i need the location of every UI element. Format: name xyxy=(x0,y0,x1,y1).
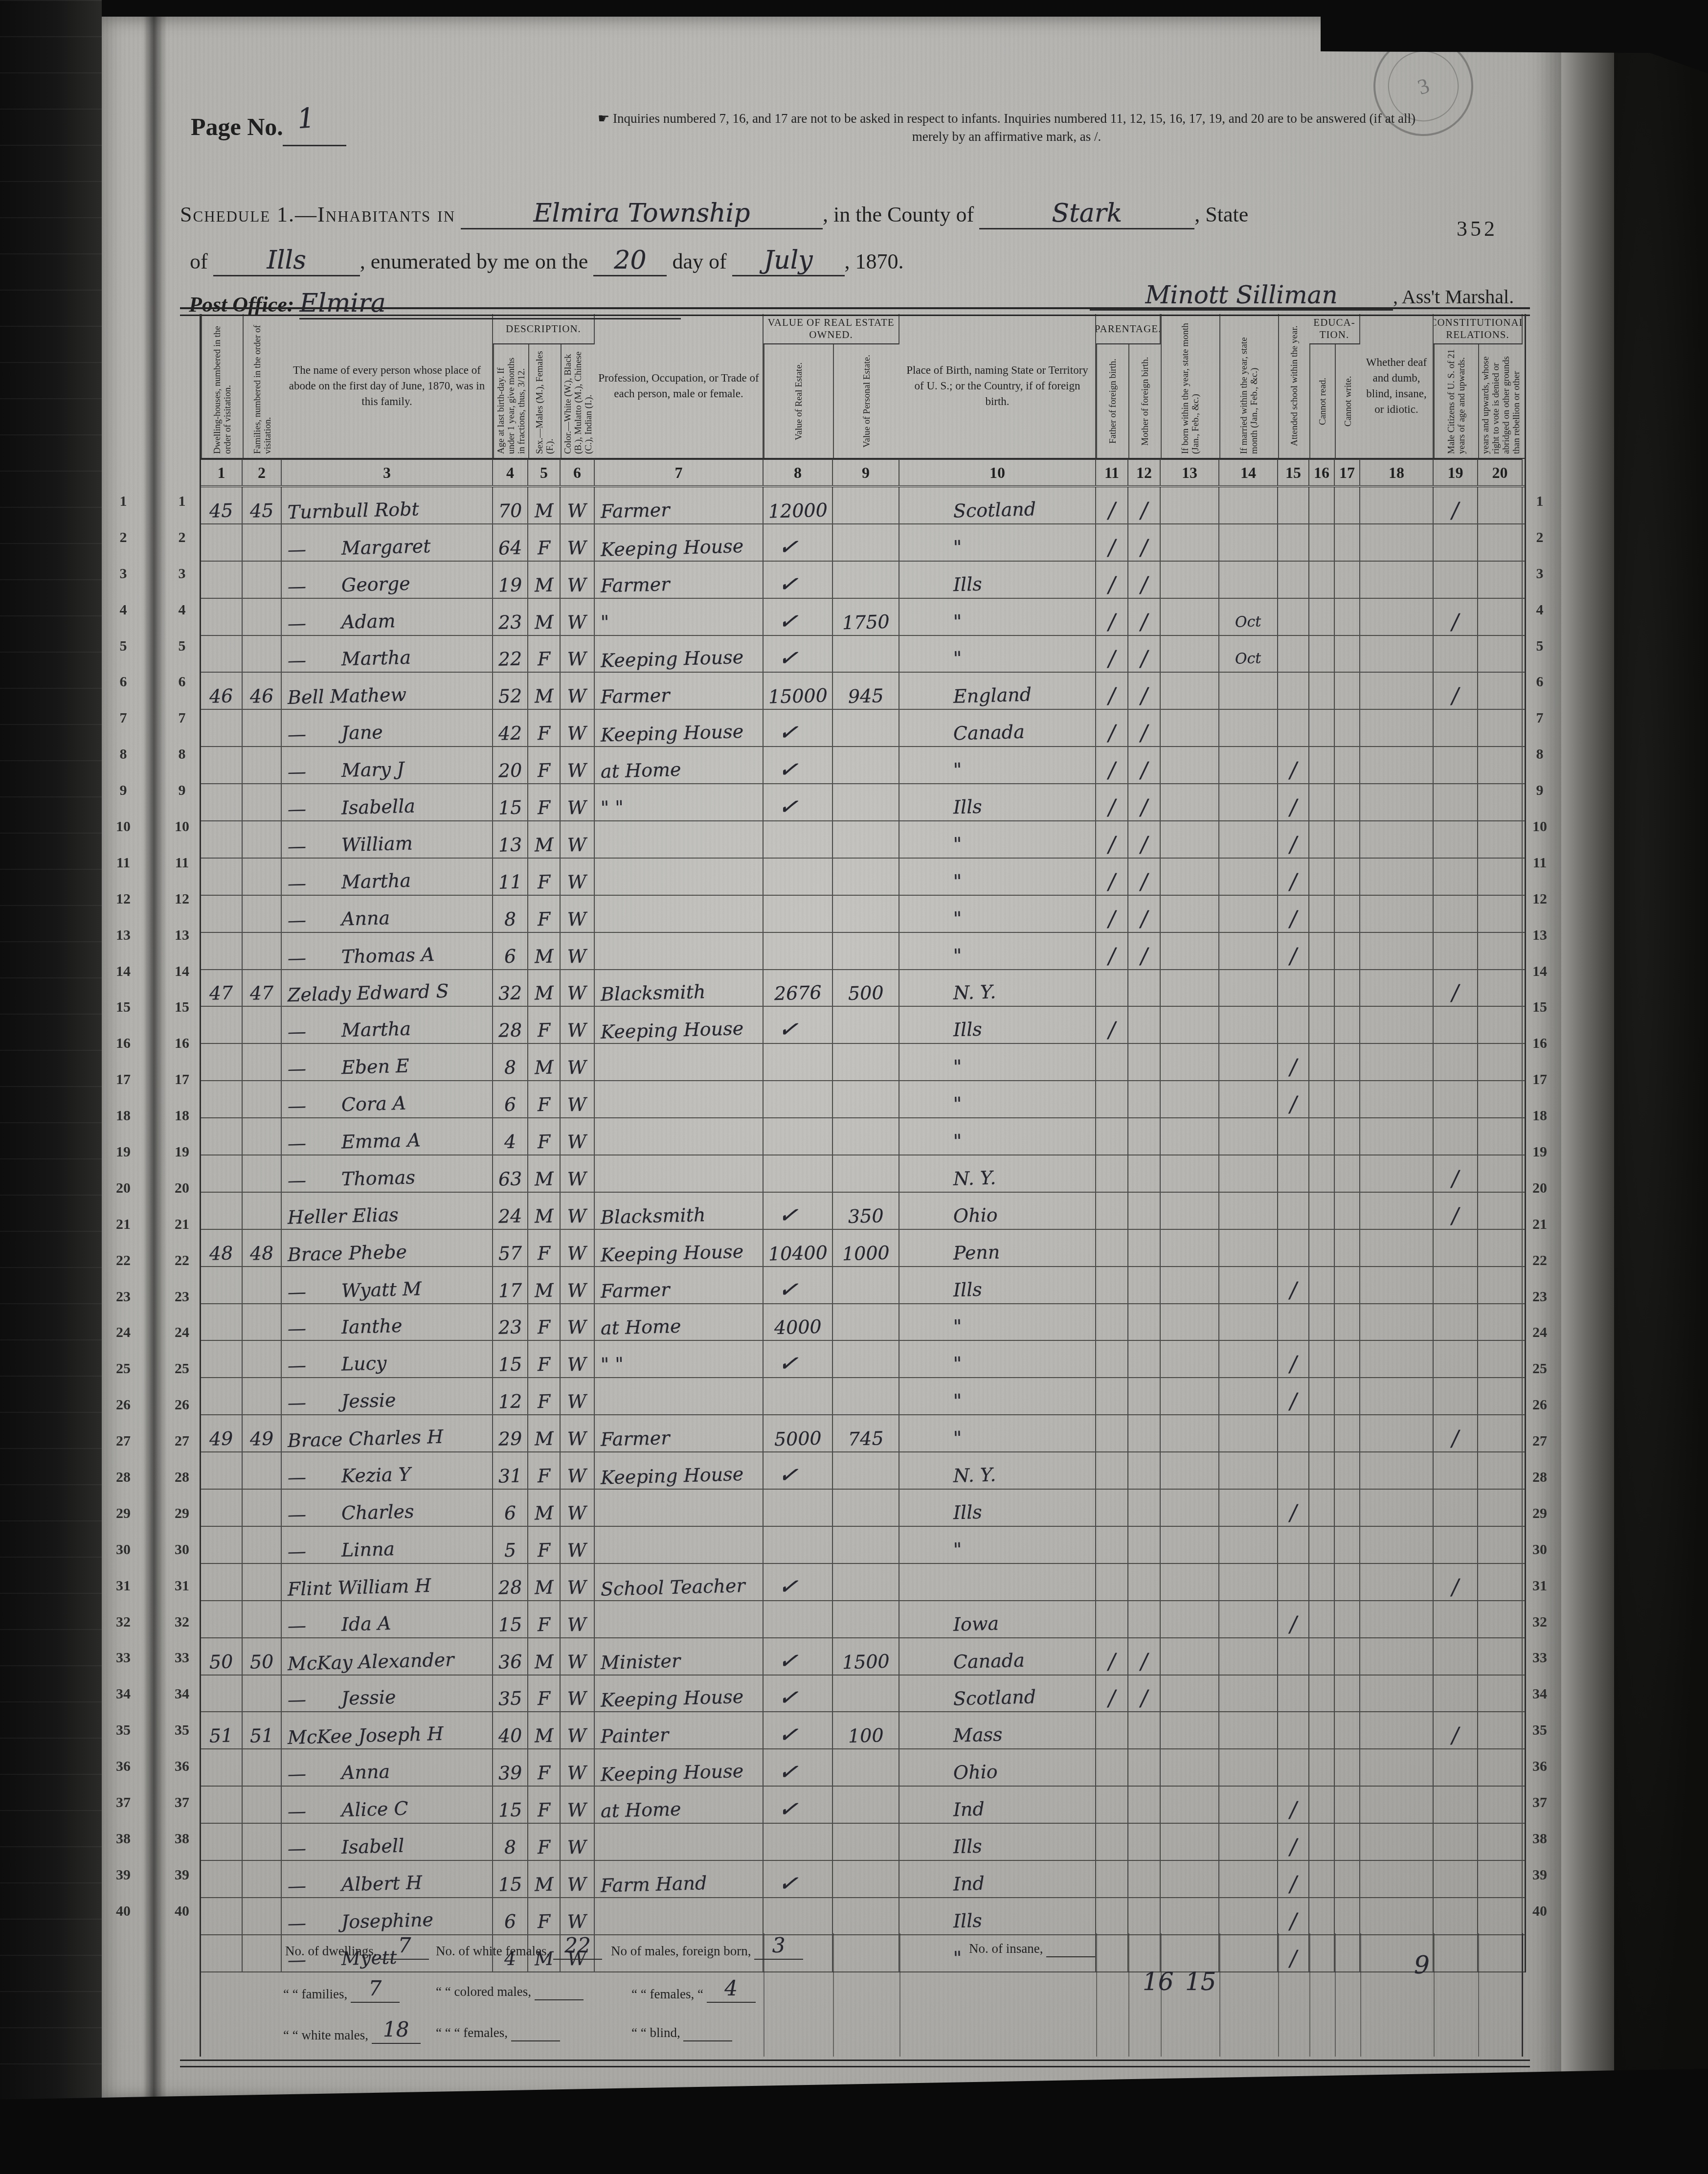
row-number: 17 xyxy=(1524,1062,1555,1098)
row-number: 40 xyxy=(108,1893,139,1929)
cell-col9 xyxy=(833,747,899,783)
row-number: 35 xyxy=(1524,1712,1555,1748)
cell-col12 xyxy=(1128,1193,1161,1229)
row-number: 10 xyxy=(1524,809,1555,845)
cell-col7 xyxy=(595,1490,764,1526)
cell-col16 xyxy=(1309,636,1335,672)
table-row: —Albert H15MWFarm Hand✓Ind/ xyxy=(201,1861,1525,1898)
cell-col8 xyxy=(764,1044,833,1080)
cell-col14 xyxy=(1219,784,1278,820)
column-heading: Male Citizens of U. S. of 21 years and u… xyxy=(1478,344,1523,458)
cell-col12 xyxy=(1128,1601,1161,1637)
cell-col8: ✓ xyxy=(764,1007,833,1043)
cell-col14 xyxy=(1219,1452,1278,1489)
cell-col7: Keeping House xyxy=(595,524,764,561)
cell-col7 xyxy=(595,1044,764,1080)
cell-col9 xyxy=(833,1155,899,1192)
cell-col14 xyxy=(1219,1193,1278,1229)
cell-col18 xyxy=(1360,1861,1434,1897)
cell-col10: " xyxy=(899,933,1096,969)
cell-col6: W xyxy=(561,524,595,561)
cell-col19 xyxy=(1434,784,1478,820)
cell-col20 xyxy=(1478,562,1523,598)
cell-col18 xyxy=(1360,1712,1434,1748)
cell-col16 xyxy=(1309,1230,1335,1266)
cell-col11: / xyxy=(1096,673,1128,709)
cell-col14 xyxy=(1219,1787,1278,1823)
cell-col15 xyxy=(1278,1230,1309,1266)
cell-col4: 57 xyxy=(493,1230,528,1266)
instructions-line1: Inquiries numbered 7, 16, and 17 are not… xyxy=(613,111,1416,126)
cell-col3: —Cora A xyxy=(282,1081,493,1117)
cell-col1 xyxy=(201,562,243,598)
group-header: Constitutional Relations. xyxy=(1434,314,1523,344)
group-header: Value of Real Estate Owned. xyxy=(764,314,899,344)
table-footer: No. of dwellings, 7No. of white females,… xyxy=(200,1933,1523,2057)
cell-col8: ✓ xyxy=(764,710,833,746)
cell-col11 xyxy=(1096,1564,1128,1600)
row-number: 1 xyxy=(108,483,139,520)
cell-col10: Ills xyxy=(899,1824,1096,1860)
cell-col6: W xyxy=(561,562,595,598)
cell-col17 xyxy=(1335,747,1360,783)
cell-col12 xyxy=(1128,1044,1161,1080)
cell-col4: 70 xyxy=(493,487,528,523)
cell-col12 xyxy=(1128,1527,1161,1563)
marshal-signature: Minott Silliman xyxy=(1145,281,1337,309)
cell-col1 xyxy=(201,524,243,561)
cell-col12: / xyxy=(1128,487,1161,523)
cell-col2 xyxy=(243,1452,282,1489)
cell-col6: W xyxy=(561,1230,595,1266)
cell-col19 xyxy=(1434,747,1478,783)
table-row: —Thomas A6MW"/// xyxy=(201,933,1525,970)
cell-col4: 40 xyxy=(493,1712,528,1748)
cell-col16 xyxy=(1309,1564,1335,1600)
cell-col11 xyxy=(1096,1601,1128,1637)
cell-col7 xyxy=(595,1898,764,1934)
table-row: —Isabella15FW" "✓Ills/// xyxy=(201,784,1525,821)
group-header: Educa-tion. xyxy=(1309,314,1360,344)
cell-col8 xyxy=(764,933,833,969)
cell-col19 xyxy=(1434,1638,1478,1675)
table-row: —Jessie12FW"/ xyxy=(201,1378,1525,1415)
cell-col13 xyxy=(1161,1638,1219,1675)
cell-col4: 8 xyxy=(493,1044,528,1080)
cell-col1 xyxy=(201,821,243,858)
cell-col20 xyxy=(1478,673,1523,709)
footer-tally-item: No. of white females, 22 xyxy=(436,1941,602,1960)
row-number: 5 xyxy=(108,628,139,664)
cell-col16 xyxy=(1309,1712,1335,1748)
cell-col10: " xyxy=(899,1118,1096,1155)
cell-col1 xyxy=(201,1007,243,1043)
cell-col14 xyxy=(1219,1712,1278,1748)
tally-father-foreign: 16 xyxy=(1143,1968,1174,1996)
cell-col2 xyxy=(243,859,282,895)
cell-col17 xyxy=(1335,1304,1360,1340)
cell-col6: W xyxy=(561,1787,595,1823)
cell-col8: ✓ xyxy=(764,636,833,672)
cell-col9 xyxy=(833,636,899,672)
cell-col1 xyxy=(201,1824,243,1860)
cell-col6: W xyxy=(561,1267,595,1303)
cell-col16 xyxy=(1309,1676,1335,1712)
row-numbers-far-left: 1234567891011121314151617181920212223242… xyxy=(108,483,139,1929)
cell-col10: Penn xyxy=(899,1230,1096,1266)
cell-col7: Farm Hand xyxy=(595,1861,764,1897)
cell-col3: —Ianthe xyxy=(282,1304,493,1340)
cell-col12 xyxy=(1128,970,1161,1006)
cell-col9 xyxy=(833,1304,899,1340)
column-heading: The name of every person whose place of … xyxy=(282,314,493,458)
cell-col10: Ills xyxy=(899,784,1096,820)
cell-col19 xyxy=(1434,1230,1478,1266)
cell-col2: 45 xyxy=(243,487,282,523)
cell-col14 xyxy=(1219,562,1278,598)
cell-col16 xyxy=(1309,1861,1335,1897)
cell-col1 xyxy=(201,747,243,783)
cell-col17 xyxy=(1335,1007,1360,1043)
cell-col15 xyxy=(1278,1415,1309,1451)
cell-col3: —Eben E xyxy=(282,1044,493,1080)
cell-col8 xyxy=(764,1490,833,1526)
state-label: , State xyxy=(1194,203,1248,226)
cell-col20 xyxy=(1478,1787,1523,1823)
row-number: 20 xyxy=(166,1170,198,1206)
page-fold-shadow xyxy=(143,17,167,2101)
cell-col7: " " xyxy=(595,1341,764,1377)
cell-col14 xyxy=(1219,524,1278,561)
cell-col11 xyxy=(1096,1155,1128,1192)
cell-col16 xyxy=(1309,1749,1335,1786)
cell-col5: F xyxy=(528,1452,561,1489)
cell-col15 xyxy=(1278,710,1309,746)
cell-col13 xyxy=(1161,1452,1219,1489)
cell-col13 xyxy=(1161,1415,1219,1451)
row-number: 26 xyxy=(166,1387,198,1423)
cell-col17 xyxy=(1335,1601,1360,1637)
footer-tally-item: No. of dwellings, 7 xyxy=(285,1941,429,1960)
cell-col1 xyxy=(201,1601,243,1637)
cell-col13 xyxy=(1161,1824,1219,1860)
cell-col3: McKay Alexander xyxy=(282,1638,493,1675)
cell-col13 xyxy=(1161,1267,1219,1303)
column-number: 17 xyxy=(1335,459,1360,485)
cell-col15 xyxy=(1278,1749,1309,1786)
census-table: Description.Value of Real Estate Owned.P… xyxy=(200,314,1526,1972)
cell-col17 xyxy=(1335,524,1360,561)
cell-col15: / xyxy=(1278,821,1309,858)
footer-rule xyxy=(180,2060,1530,2067)
cell-col6: W xyxy=(561,1898,595,1934)
cell-col1 xyxy=(201,636,243,672)
cell-col19 xyxy=(1434,933,1478,969)
cell-col7: at Home xyxy=(595,1304,764,1340)
cell-col5: M xyxy=(528,970,561,1006)
cell-col11 xyxy=(1096,1898,1128,1934)
cell-col20 xyxy=(1478,1490,1523,1526)
cell-col9 xyxy=(833,1267,899,1303)
cell-col8 xyxy=(764,1898,833,1934)
cell-col3: —Jessie xyxy=(282,1676,493,1712)
cell-col11: / xyxy=(1096,933,1128,969)
cell-col9 xyxy=(833,1787,899,1823)
schedule-line: Schedule 1.—Inhabitants in Elmira Townsh… xyxy=(180,199,1248,229)
cell-col1 xyxy=(201,1490,243,1526)
table-row: —Anna8FW"/// xyxy=(201,896,1525,933)
cell-col4: 8 xyxy=(493,1824,528,1860)
column-number: 7 xyxy=(595,459,764,485)
row-number: 27 xyxy=(108,1423,139,1459)
row-number: 18 xyxy=(108,1098,139,1134)
row-number: 20 xyxy=(108,1170,139,1206)
cell-col10: England xyxy=(899,673,1096,709)
cell-col1: 49 xyxy=(201,1415,243,1451)
cell-col19 xyxy=(1434,896,1478,932)
cell-col2 xyxy=(243,599,282,635)
cell-col20 xyxy=(1478,747,1523,783)
cell-col11 xyxy=(1096,1118,1128,1155)
cell-col6: W xyxy=(561,1601,595,1637)
cell-col11 xyxy=(1096,1193,1128,1229)
cell-col11 xyxy=(1096,1341,1128,1377)
cell-col8 xyxy=(764,1118,833,1155)
cell-col2 xyxy=(243,1155,282,1192)
cell-col13 xyxy=(1161,1378,1219,1414)
row-number: 13 xyxy=(108,917,139,953)
cell-col10: Scotland xyxy=(899,1676,1096,1712)
cell-col7: Minister xyxy=(595,1638,764,1675)
cell-col10: " xyxy=(899,636,1096,672)
cell-col10: " xyxy=(899,1378,1096,1414)
cell-col16 xyxy=(1309,1824,1335,1860)
cell-col17 xyxy=(1335,1341,1360,1377)
row-number: 16 xyxy=(108,1025,139,1062)
cell-col3: —Josephine xyxy=(282,1898,493,1934)
cell-col10: " xyxy=(899,896,1096,932)
cell-col8: ✓ xyxy=(764,1193,833,1229)
cell-col17 xyxy=(1335,896,1360,932)
cell-col1 xyxy=(201,896,243,932)
cell-col13 xyxy=(1161,1044,1219,1080)
cell-col1 xyxy=(201,1787,243,1823)
cell-col16 xyxy=(1309,1304,1335,1340)
cell-col8 xyxy=(764,1378,833,1414)
cell-col20 xyxy=(1478,1638,1523,1675)
cell-col3: —Martha xyxy=(282,859,493,895)
cell-col18 xyxy=(1360,636,1434,672)
row-number: 1 xyxy=(1524,483,1555,520)
row-number: 4 xyxy=(166,592,198,628)
table-row: 5151McKee Joseph H40MWPainter✓100Mass/ xyxy=(201,1712,1525,1749)
cell-col12: / xyxy=(1128,1676,1161,1712)
cell-col12 xyxy=(1128,1378,1161,1414)
column-heading: Profession, Occupation, or Trade of each… xyxy=(595,314,764,458)
cell-col20 xyxy=(1478,1081,1523,1117)
cell-col14: Oct xyxy=(1219,599,1278,635)
cell-col19 xyxy=(1434,1527,1478,1563)
cell-col7: Keeping House xyxy=(595,710,764,746)
scan-background xyxy=(1614,0,1708,2174)
cell-col1 xyxy=(201,1452,243,1489)
cell-col12: / xyxy=(1128,636,1161,672)
row-number: 30 xyxy=(108,1532,139,1568)
table-row: —Martha11FW"/// xyxy=(201,859,1525,896)
day-value: 20 xyxy=(614,246,646,275)
cell-col14 xyxy=(1219,710,1278,746)
row-number: 11 xyxy=(1524,845,1555,881)
township-value: Elmira Township xyxy=(534,199,750,228)
cell-col11: / xyxy=(1096,896,1128,932)
cell-col5: M xyxy=(528,1415,561,1451)
cell-col6: W xyxy=(561,487,595,523)
cell-col7: Keeping House xyxy=(595,1676,764,1712)
row-number: 9 xyxy=(166,772,198,809)
cell-col1 xyxy=(201,1118,243,1155)
state-value: Ills xyxy=(267,246,306,275)
cell-col6: W xyxy=(561,1118,595,1155)
cell-col6: W xyxy=(561,896,595,932)
cell-col6: W xyxy=(561,1415,595,1451)
cell-col9 xyxy=(833,1341,899,1377)
cell-col20 xyxy=(1478,1749,1523,1786)
cell-col10: " xyxy=(899,821,1096,858)
cell-col17 xyxy=(1335,784,1360,820)
cell-col6: W xyxy=(561,1749,595,1786)
footer-column-line xyxy=(1360,1933,1361,2057)
cell-col20 xyxy=(1478,1007,1523,1043)
cell-col18 xyxy=(1360,673,1434,709)
marshal-line: Minott Silliman, Ass't Marshal. xyxy=(1090,281,1514,311)
cell-col5: F xyxy=(528,784,561,820)
tally-mother-foreign: 15 xyxy=(1185,1968,1216,1996)
page-no-label: Page No. xyxy=(191,113,283,141)
cell-col4: 6 xyxy=(493,1490,528,1526)
cell-col15: / xyxy=(1278,1861,1309,1897)
row-number: 8 xyxy=(166,736,198,772)
cell-col8: ✓ xyxy=(764,562,833,598)
column-heading: If born within the year, state month (Ja… xyxy=(1161,314,1219,458)
cell-col6: W xyxy=(561,747,595,783)
enumeration-line: of Ills, enumerated by me on the 20 day … xyxy=(190,246,904,276)
column-heading: Dwelling-houses, numbered in the order o… xyxy=(201,314,243,458)
cell-col2 xyxy=(243,524,282,561)
row-number: 39 xyxy=(1524,1857,1555,1893)
column-heading: Value of Personal Estate. xyxy=(833,344,899,458)
cell-col20 xyxy=(1478,821,1523,858)
cell-col6: W xyxy=(561,1007,595,1043)
cell-col13 xyxy=(1161,784,1219,820)
cell-col13 xyxy=(1161,1304,1219,1340)
cell-col20 xyxy=(1478,859,1523,895)
cell-col5: F xyxy=(528,1787,561,1823)
cell-col17 xyxy=(1335,1452,1360,1489)
cell-col11 xyxy=(1096,1415,1128,1451)
cell-col17 xyxy=(1335,1490,1360,1526)
cell-col20 xyxy=(1478,1564,1523,1600)
cell-col20 xyxy=(1478,1267,1523,1303)
cell-col4: 5 xyxy=(493,1527,528,1563)
row-number: 14 xyxy=(166,953,198,990)
table-row: —Eben E8MW"/ xyxy=(201,1044,1525,1081)
cell-col1 xyxy=(201,1749,243,1786)
column-number: 14 xyxy=(1219,459,1278,485)
cell-col8: ✓ xyxy=(764,1452,833,1489)
row-number: 15 xyxy=(1524,989,1555,1025)
cell-col2 xyxy=(243,710,282,746)
column-number-row: 1234567891011121314151617181920 xyxy=(201,459,1525,487)
cell-col16 xyxy=(1309,1898,1335,1934)
cell-col6: W xyxy=(561,1044,595,1080)
cell-col4: 4 xyxy=(493,1118,528,1155)
cell-col17 xyxy=(1335,1230,1360,1266)
cell-col17 xyxy=(1335,636,1360,672)
cell-col3: Bell Mathew xyxy=(282,673,493,709)
row-number: 7 xyxy=(1524,700,1555,736)
cell-col2 xyxy=(243,1341,282,1377)
cell-col15 xyxy=(1278,562,1309,598)
cell-col17 xyxy=(1335,1044,1360,1080)
column-number: 6 xyxy=(561,459,595,485)
cell-col20 xyxy=(1478,1155,1523,1192)
cell-col4: 64 xyxy=(493,524,528,561)
cell-col14 xyxy=(1219,821,1278,858)
cell-col15 xyxy=(1278,487,1309,523)
row-number: 15 xyxy=(108,989,139,1025)
cell-col11 xyxy=(1096,970,1128,1006)
cell-col12 xyxy=(1128,1155,1161,1192)
cell-col11 xyxy=(1096,1452,1128,1489)
column-number: 1 xyxy=(201,459,243,485)
cell-col6: W xyxy=(561,710,595,746)
table-row: —William13MW"/// xyxy=(201,821,1525,859)
cell-col1: 51 xyxy=(201,1712,243,1748)
cell-col14 xyxy=(1219,1564,1278,1600)
cell-col18 xyxy=(1360,1081,1434,1117)
cell-col19 xyxy=(1434,1676,1478,1712)
table-row: —Cora A6FW"/ xyxy=(201,1081,1525,1118)
cell-col11: / xyxy=(1096,1676,1128,1712)
cell-col19 xyxy=(1434,821,1478,858)
cell-col17 xyxy=(1335,1638,1360,1675)
cell-col19 xyxy=(1434,1749,1478,1786)
row-number: 2 xyxy=(166,520,198,556)
cell-col7 xyxy=(595,1378,764,1414)
county-label: , in the County of xyxy=(823,203,974,226)
cell-col7: Keeping House xyxy=(595,1230,764,1266)
pointing-hand-icon: ☛ xyxy=(598,111,609,126)
cell-col5: F xyxy=(528,1601,561,1637)
cell-col3: Brace Charles H xyxy=(282,1415,493,1451)
cell-col16 xyxy=(1309,1267,1335,1303)
day-of-label: day of xyxy=(672,249,726,273)
cell-col4: 13 xyxy=(493,821,528,858)
cell-col8 xyxy=(764,821,833,858)
cell-col7 xyxy=(595,1527,764,1563)
cell-col16 xyxy=(1309,1787,1335,1823)
cell-col16 xyxy=(1309,821,1335,858)
column-number: 15 xyxy=(1278,459,1309,485)
cell-col12 xyxy=(1128,1007,1161,1043)
row-number: 21 xyxy=(1524,1206,1555,1243)
cell-col5: F xyxy=(528,1378,561,1414)
cell-col13 xyxy=(1161,1564,1219,1600)
cell-col19: / xyxy=(1434,970,1478,1006)
cell-col16 xyxy=(1309,1341,1335,1377)
column-number: 10 xyxy=(899,459,1096,485)
cell-col4: 28 xyxy=(493,1564,528,1600)
